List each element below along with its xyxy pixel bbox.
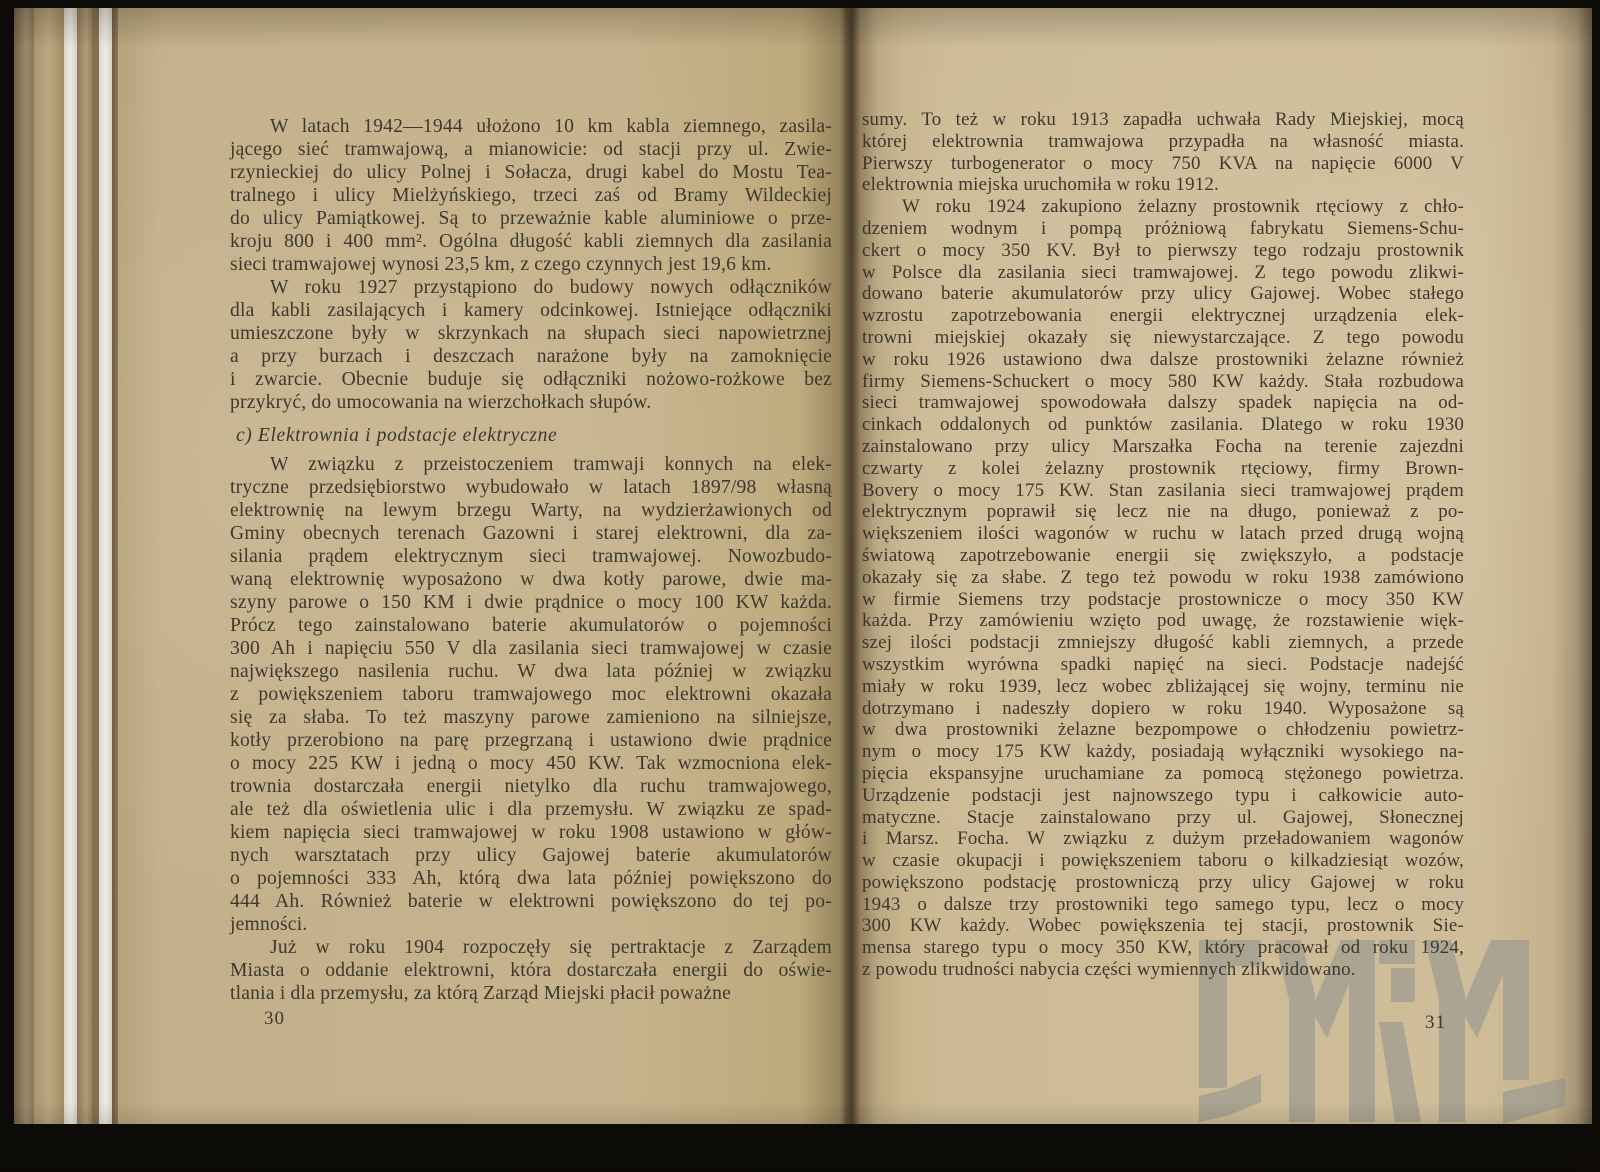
text-line: waną elektrownię wyposażono w dwa kotły … <box>230 568 832 591</box>
text-line: się za słaba. To też maszyny parowe zami… <box>230 706 832 729</box>
text-line: kiem napięcia sieci tramwajowej w roku 1… <box>230 821 832 844</box>
text-line: Pierwszy turbogenerator o mocy 750 KVA n… <box>862 153 1464 175</box>
text-line: W latach 1942—1944 ułożono 10 km kabla z… <box>230 115 832 138</box>
text-line: kroju 800 i 400 mm². Ogólna długość kabl… <box>230 230 832 253</box>
text-line: i zwarcie. Obecnie buduje się odłączniki… <box>230 368 832 391</box>
text-line: trowni miejskiej okazały się niewystarcz… <box>862 327 1464 349</box>
book-spread: W latach 1942—1944 ułożono 10 km kabla z… <box>0 0 1600 1172</box>
page-edge-strip-white <box>64 8 77 1124</box>
text-line: 1943 o dalsze trzy prostowniki tego same… <box>862 894 1464 916</box>
text-line: dowano baterie akumulatorów przy ulicy G… <box>862 283 1464 305</box>
text-line: miały w roku 1939, lecz wobec zbliżające… <box>862 676 1464 698</box>
text-line: cinkach oddalonych od punktów zasilania.… <box>862 414 1464 436</box>
text-line: Prócz tego zainstalowano baterie akumula… <box>230 614 832 637</box>
right-page: sumy. To też w roku 1913 zapadła uchwała… <box>845 8 1592 1124</box>
text-line: firmy Siemens-Schuckert o mocy 580 KW ka… <box>862 371 1464 393</box>
text-line: której elektrownia tramwajowa przypadła … <box>862 131 1464 153</box>
text-line: 444 Ah. Również baterie w elektrowni pow… <box>230 890 832 913</box>
text-line: i Marsz. Focha. W związku z dużym przeła… <box>862 828 1464 850</box>
text-line: Bovery o mocy 175 KW. Stan zasilania sie… <box>862 480 1464 502</box>
text-line: tryczne przedsiębiorstwo wybudowało w la… <box>230 476 832 499</box>
text-line: dzeniem wodnym i pompą próżniową fabryka… <box>862 218 1464 240</box>
text-line: o pojemności 333 Ah, którą dwa lata późn… <box>230 867 832 890</box>
page-edge-strip <box>34 8 64 1124</box>
text-line: nym o mocy 175 KW każdy, posiadają wyłąc… <box>862 741 1464 763</box>
text-line: W roku 1927 przystąpiono do budowy nowyc… <box>230 276 832 299</box>
text-line: w dwa prostowniki żelazne bezpompowe o c… <box>862 719 1464 741</box>
text-line: elektrownię na lewym brzegu Warty, na wy… <box>230 499 832 522</box>
text-line: największego nasilenia ruchu. W dwa lata… <box>230 660 832 683</box>
text-line: ale też dla oświetlenia ulic i dla przem… <box>230 798 832 821</box>
text-line: sieci tramwajowej wynosi 23,5 km, z czeg… <box>230 253 832 276</box>
text-line: czwarty z kolei żelazny prostownik rtęci… <box>862 458 1464 480</box>
text-line: Gminy obecnych terenach Gazowni i starej… <box>230 522 832 545</box>
page-edge-strip <box>77 8 92 1124</box>
text-line: w Polsce dla zasilania sieci tramwajowej… <box>862 262 1464 284</box>
text-line: 300 Ah i napięciu 550 V dla zasilania si… <box>230 637 832 660</box>
text-line: jącego sieć tramwajową, a mianowicie: od… <box>230 138 832 161</box>
text-line: rzynieckiej do ulicy Polnej i Sołacza, d… <box>230 161 832 184</box>
text-line: jemności. <box>230 913 832 936</box>
text-line: dla kabli zasilających i kamery odcinkow… <box>230 299 832 322</box>
text-line: w czasie okupacji i powiększeniem taboru… <box>862 850 1464 872</box>
text-line: nych warsztatach przy ulicy Gajowej bate… <box>230 844 832 867</box>
text-line: do ulicy Pamiątkowej. Są to przeważnie k… <box>230 207 832 230</box>
text-line: elektrycznym poprawił się lecz nie na dł… <box>862 501 1464 523</box>
section-heading: c) Elektrownia i podstacje elektryczne <box>230 425 832 447</box>
text-line: o mocy 225 KW i jedną o mocy 450 KW. Tak… <box>230 752 832 775</box>
text-line: szej ilości podstacji zmniejszy długość … <box>862 632 1464 654</box>
text-line: w roku 1926 ustawiono dwa dalsze prostow… <box>862 349 1464 371</box>
text-line: okazały się za słabe. Z tego też powodu … <box>862 567 1464 589</box>
text-line: W związku z przeistoczeniem tramwaji kon… <box>230 453 832 476</box>
text-line: zainstalowano przy ulicy Marszałka Focha… <box>862 436 1464 458</box>
right-page-text: sumy. To też w roku 1913 zapadła uchwała… <box>862 109 1464 981</box>
left-page: W latach 1942—1944 ułożono 10 km kabla z… <box>118 8 845 1124</box>
text-line: ckert o mocy 350 KV. Był to pierwszy teg… <box>862 240 1464 262</box>
page-number-right: 31 <box>1425 1012 1446 1034</box>
text-line: 300 KW każdy. Wobec powiększenia tej sta… <box>862 915 1464 937</box>
text-line: szyny parowe o 150 KM i dwie prądnice o … <box>230 591 832 614</box>
text-line: pięcia ekspansyjne uruchamiane za pomocą… <box>862 763 1464 785</box>
text-line: wzrostu zapotrzebowania energii elektryc… <box>862 305 1464 327</box>
text-line: wszystkim wyrówna spadki napięć na sieci… <box>862 654 1464 676</box>
text-line: mensa starego typu o mocy 350 KW, który … <box>862 937 1464 959</box>
text-line: powiększono podstację prostowniczą przy … <box>862 872 1464 894</box>
text-line: a przy burzach i deszczach narażone były… <box>230 345 832 368</box>
text-line: Miasta o oddanie elektrowni, która dosta… <box>230 959 832 982</box>
text-line: W roku 1924 zakupiono żelazny prostownik… <box>862 196 1464 218</box>
text-line: Już w roku 1904 rozpoczęły się pertrakta… <box>230 936 832 959</box>
text-line: światową zapotrzebowanie energii się zwi… <box>862 545 1464 567</box>
text-line: trownia dostarczała energii nietylko dla… <box>230 775 832 798</box>
text-line: elektrownia miejska uruchomiła w roku 19… <box>862 174 1464 196</box>
left-page-text: W latach 1942—1944 ułożono 10 km kabla z… <box>230 115 832 1005</box>
text-line: sumy. To też w roku 1913 zapadła uchwała… <box>862 109 1464 131</box>
page-edge-strip <box>14 8 34 1124</box>
page-number-left: 30 <box>264 1008 285 1030</box>
text-line: matyczne. Stacje zainstalowano przy ul. … <box>862 807 1464 829</box>
text-line: kotły przerobiono na parę przegrzaną i u… <box>230 729 832 752</box>
page-edge-strip-white <box>99 8 112 1124</box>
text-line: tralnego i ulicy Mielżyńskiego, trzeci z… <box>230 184 832 207</box>
text-line: przykryć, do umocowania na wierzchołkach… <box>230 391 832 414</box>
text-line: umieszczone były w skrzynkach na słupach… <box>230 322 832 345</box>
page-edge-strip <box>92 8 99 1124</box>
text-line: z powodu trudności nabycia części wymien… <box>862 959 1464 981</box>
text-line: tlania i dla przemysłu, za którą Zarząd … <box>230 982 832 1005</box>
text-line: większeniem ilości wagonów w ruchu w lat… <box>862 523 1464 545</box>
text-line: sieci tramwajowej spowodowała dalszy spa… <box>862 392 1464 414</box>
text-line: dotrzymano i nadeszły dopiero w roku 194… <box>862 698 1464 720</box>
text-line: silania prądem elektrycznym sieci tramwa… <box>230 545 832 568</box>
text-line: każda. Przy zamówieniu wzięto pod uwagę,… <box>862 610 1464 632</box>
text-line: Urządzenie podstacji jest najnowszego ty… <box>862 785 1464 807</box>
text-line: w firmie Siemens trzy podstacje prostown… <box>862 589 1464 611</box>
text-line: z powiększeniem taboru tramwajowego moc … <box>230 683 832 706</box>
